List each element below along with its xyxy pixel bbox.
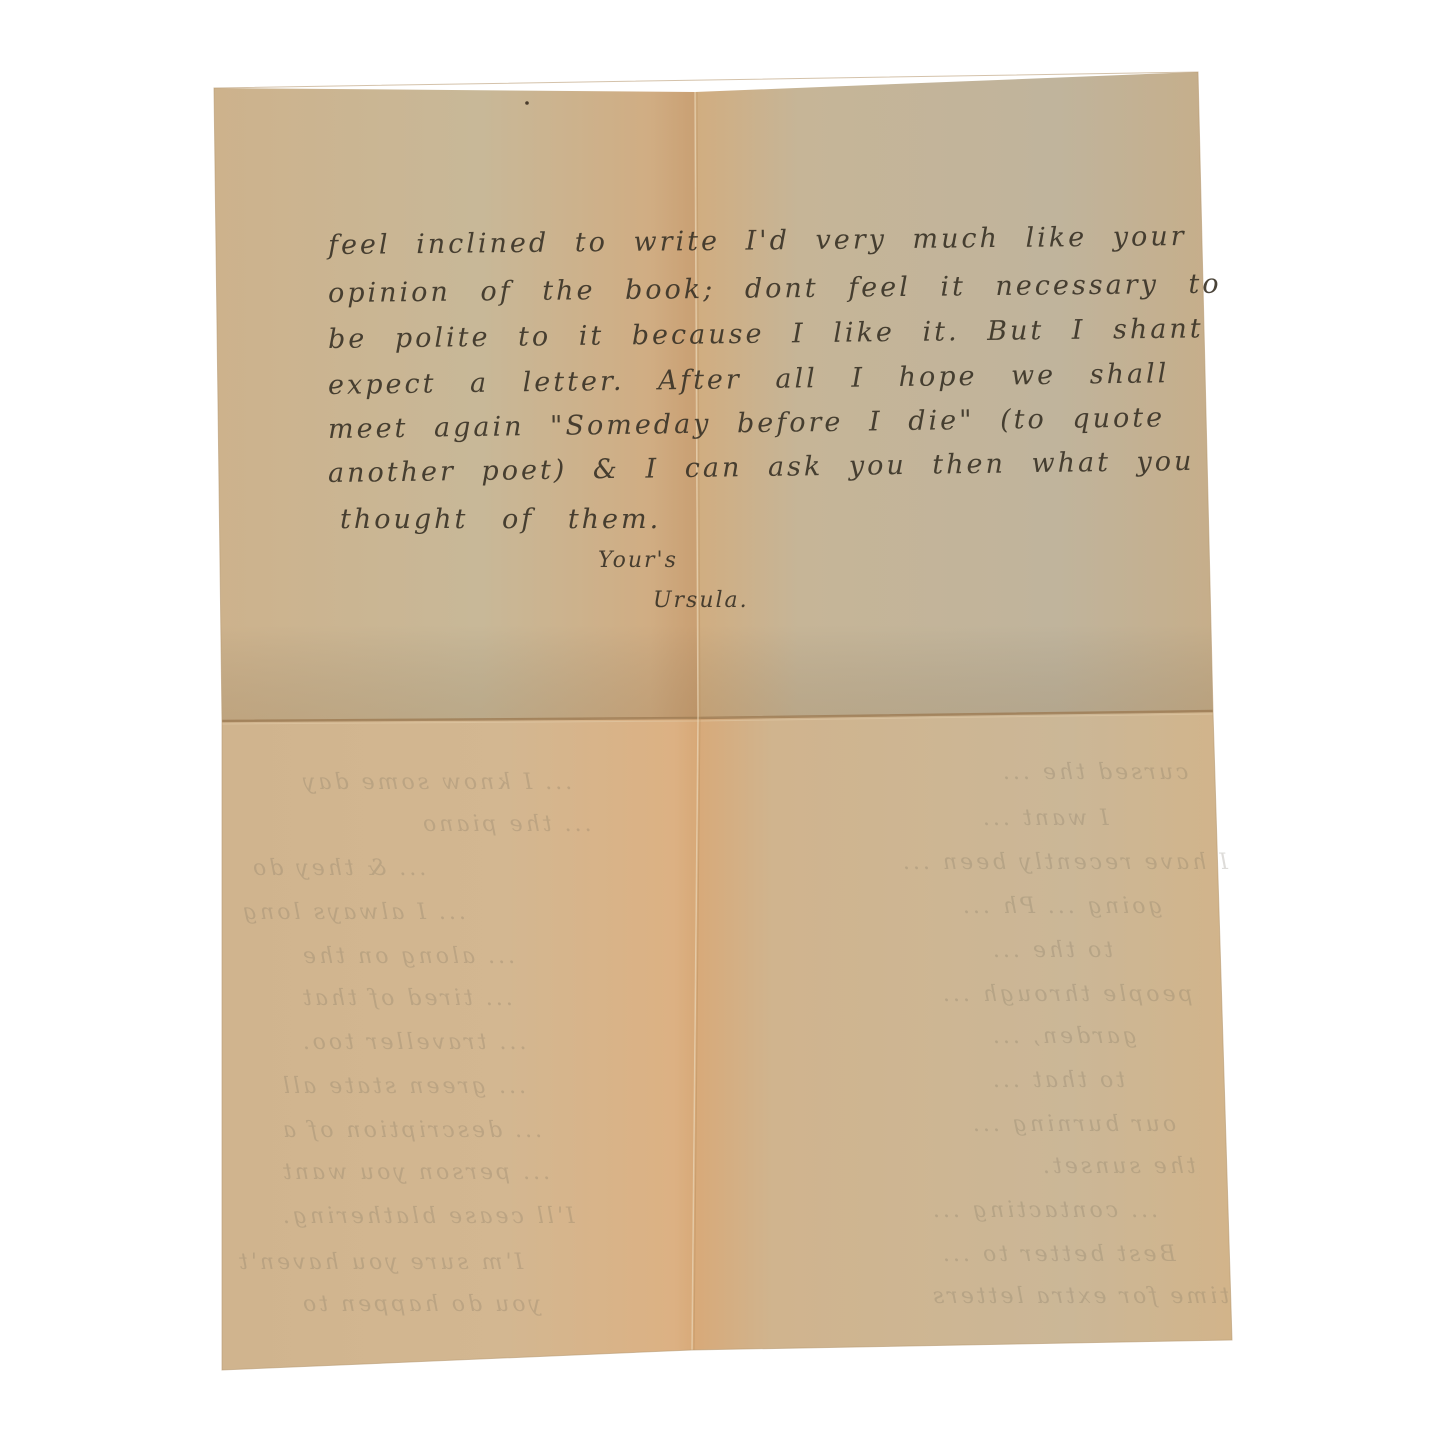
folded-letter-paper: [0, 0, 1445, 1445]
bleed-right-11: ... contacting ...: [930, 1198, 1158, 1223]
bleed-right-5: to the ...: [990, 938, 1113, 963]
bleed-right-9: our burning ...: [970, 1112, 1176, 1137]
bleed-left-1: ... I know some day: [300, 770, 572, 795]
bleed-left-11: I'll cease blathering.: [280, 1204, 575, 1229]
bleed-right-12: Best better to ...: [940, 1242, 1176, 1267]
bleed-left-13: you do happen to: [300, 1292, 541, 1317]
bleed-left-7: ... traveller too.: [300, 1030, 526, 1055]
bleed-right-1: cursed the ...: [1000, 760, 1188, 785]
bleed-left-3: ... & they do: [250, 856, 426, 881]
bleed-left-2: ... the piano: [420, 812, 592, 837]
bleed-right-8: to that ...: [990, 1068, 1125, 1093]
letter-line-7: thought of them.: [340, 504, 661, 535]
bleed-right-13: time for extra letters: [930, 1284, 1229, 1309]
bleed-right-7: garden, ...: [990, 1024, 1137, 1049]
bleed-right-2: I want ...: [980, 806, 1109, 831]
letter-closing: Your's: [598, 548, 678, 573]
bleed-left-6: ... tired of that: [300, 986, 513, 1011]
photo-stage: feel inclined to write I'd very much lik…: [0, 0, 1445, 1445]
bleed-right-3: I have recently been ...: [900, 850, 1228, 875]
bleed-right-6: people through ...: [940, 982, 1193, 1007]
bleed-left-5: ... along on the: [300, 944, 515, 969]
bleed-right-4: going ... Ph ...: [960, 894, 1163, 919]
bleed-left-12: I'm sure you haven't: [236, 1250, 523, 1275]
bleed-left-8: ... green state all: [280, 1074, 526, 1099]
bleed-left-10: ... person you want: [280, 1160, 550, 1185]
bleed-left-4: ... I always long: [240, 900, 466, 925]
letter-signature: Ursula.: [653, 588, 749, 613]
bleed-left-9: ... description of a: [280, 1118, 542, 1143]
bleed-right-10: the sunset.: [1040, 1154, 1196, 1179]
